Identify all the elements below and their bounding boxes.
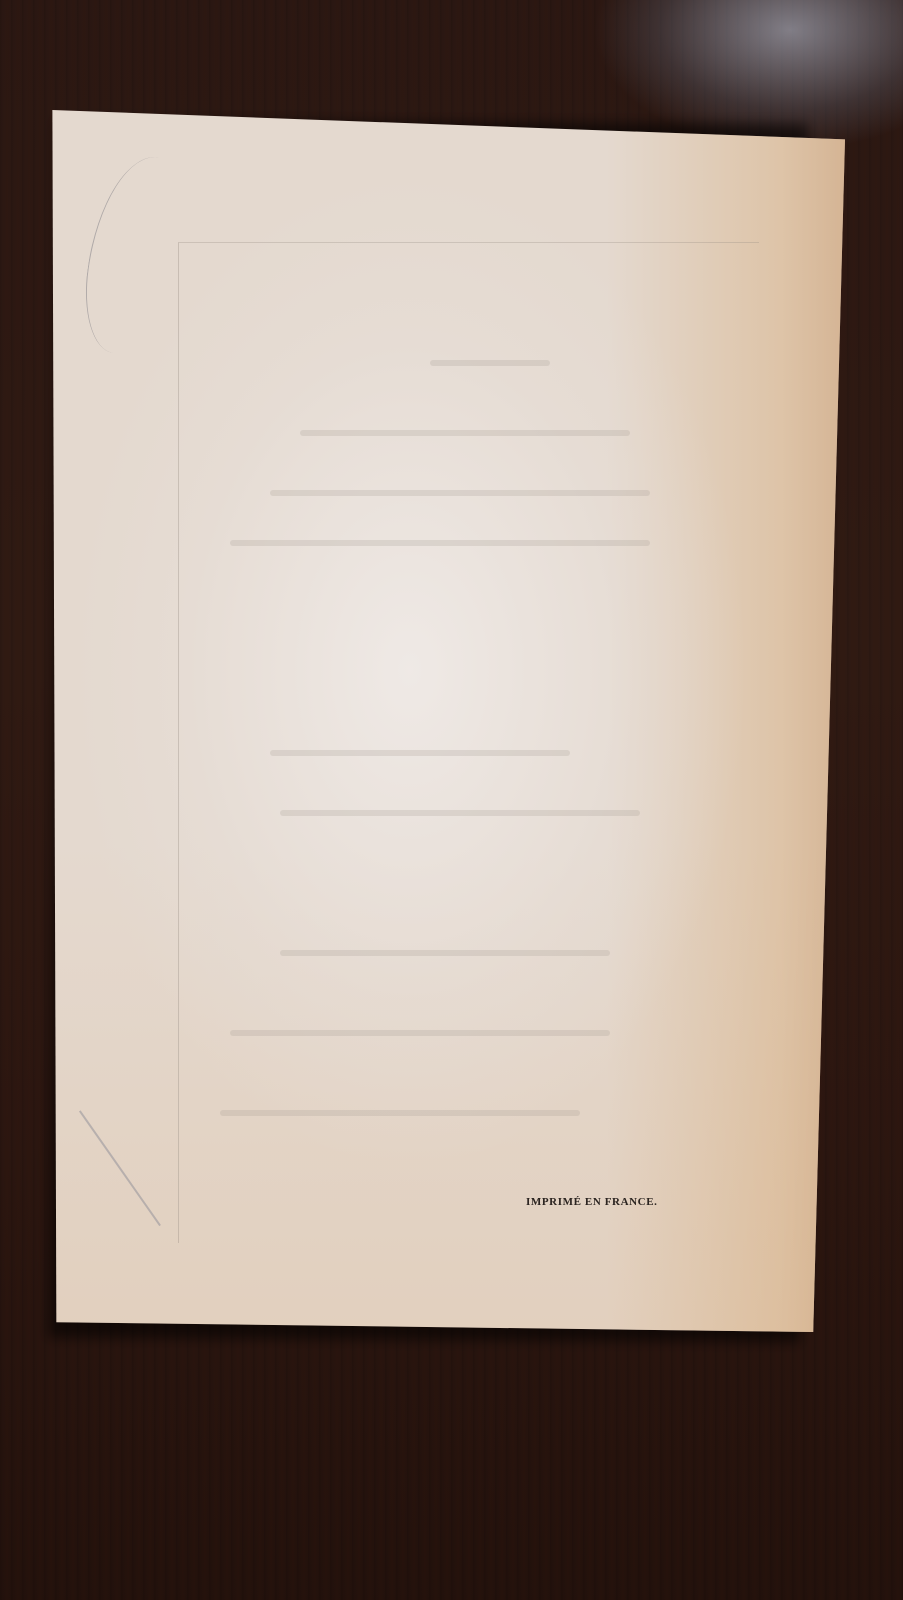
show-through-text [270, 490, 650, 496]
cover-crease [79, 1110, 161, 1226]
book-back-cover: IMPRIMÉ EN FRANCE. [50, 110, 845, 1332]
show-through-text [220, 1110, 580, 1116]
show-through-text [230, 1030, 610, 1036]
show-through-text [280, 810, 640, 816]
show-through-text [280, 950, 610, 956]
pencil-annotation [77, 150, 195, 361]
show-through-text [230, 540, 650, 546]
show-through-text [300, 430, 630, 436]
show-through-frame [178, 242, 759, 1243]
show-through-text [270, 750, 570, 756]
imprint-text: IMPRIMÉ EN FRANCE. [526, 1196, 658, 1208]
show-through-text [430, 360, 550, 366]
